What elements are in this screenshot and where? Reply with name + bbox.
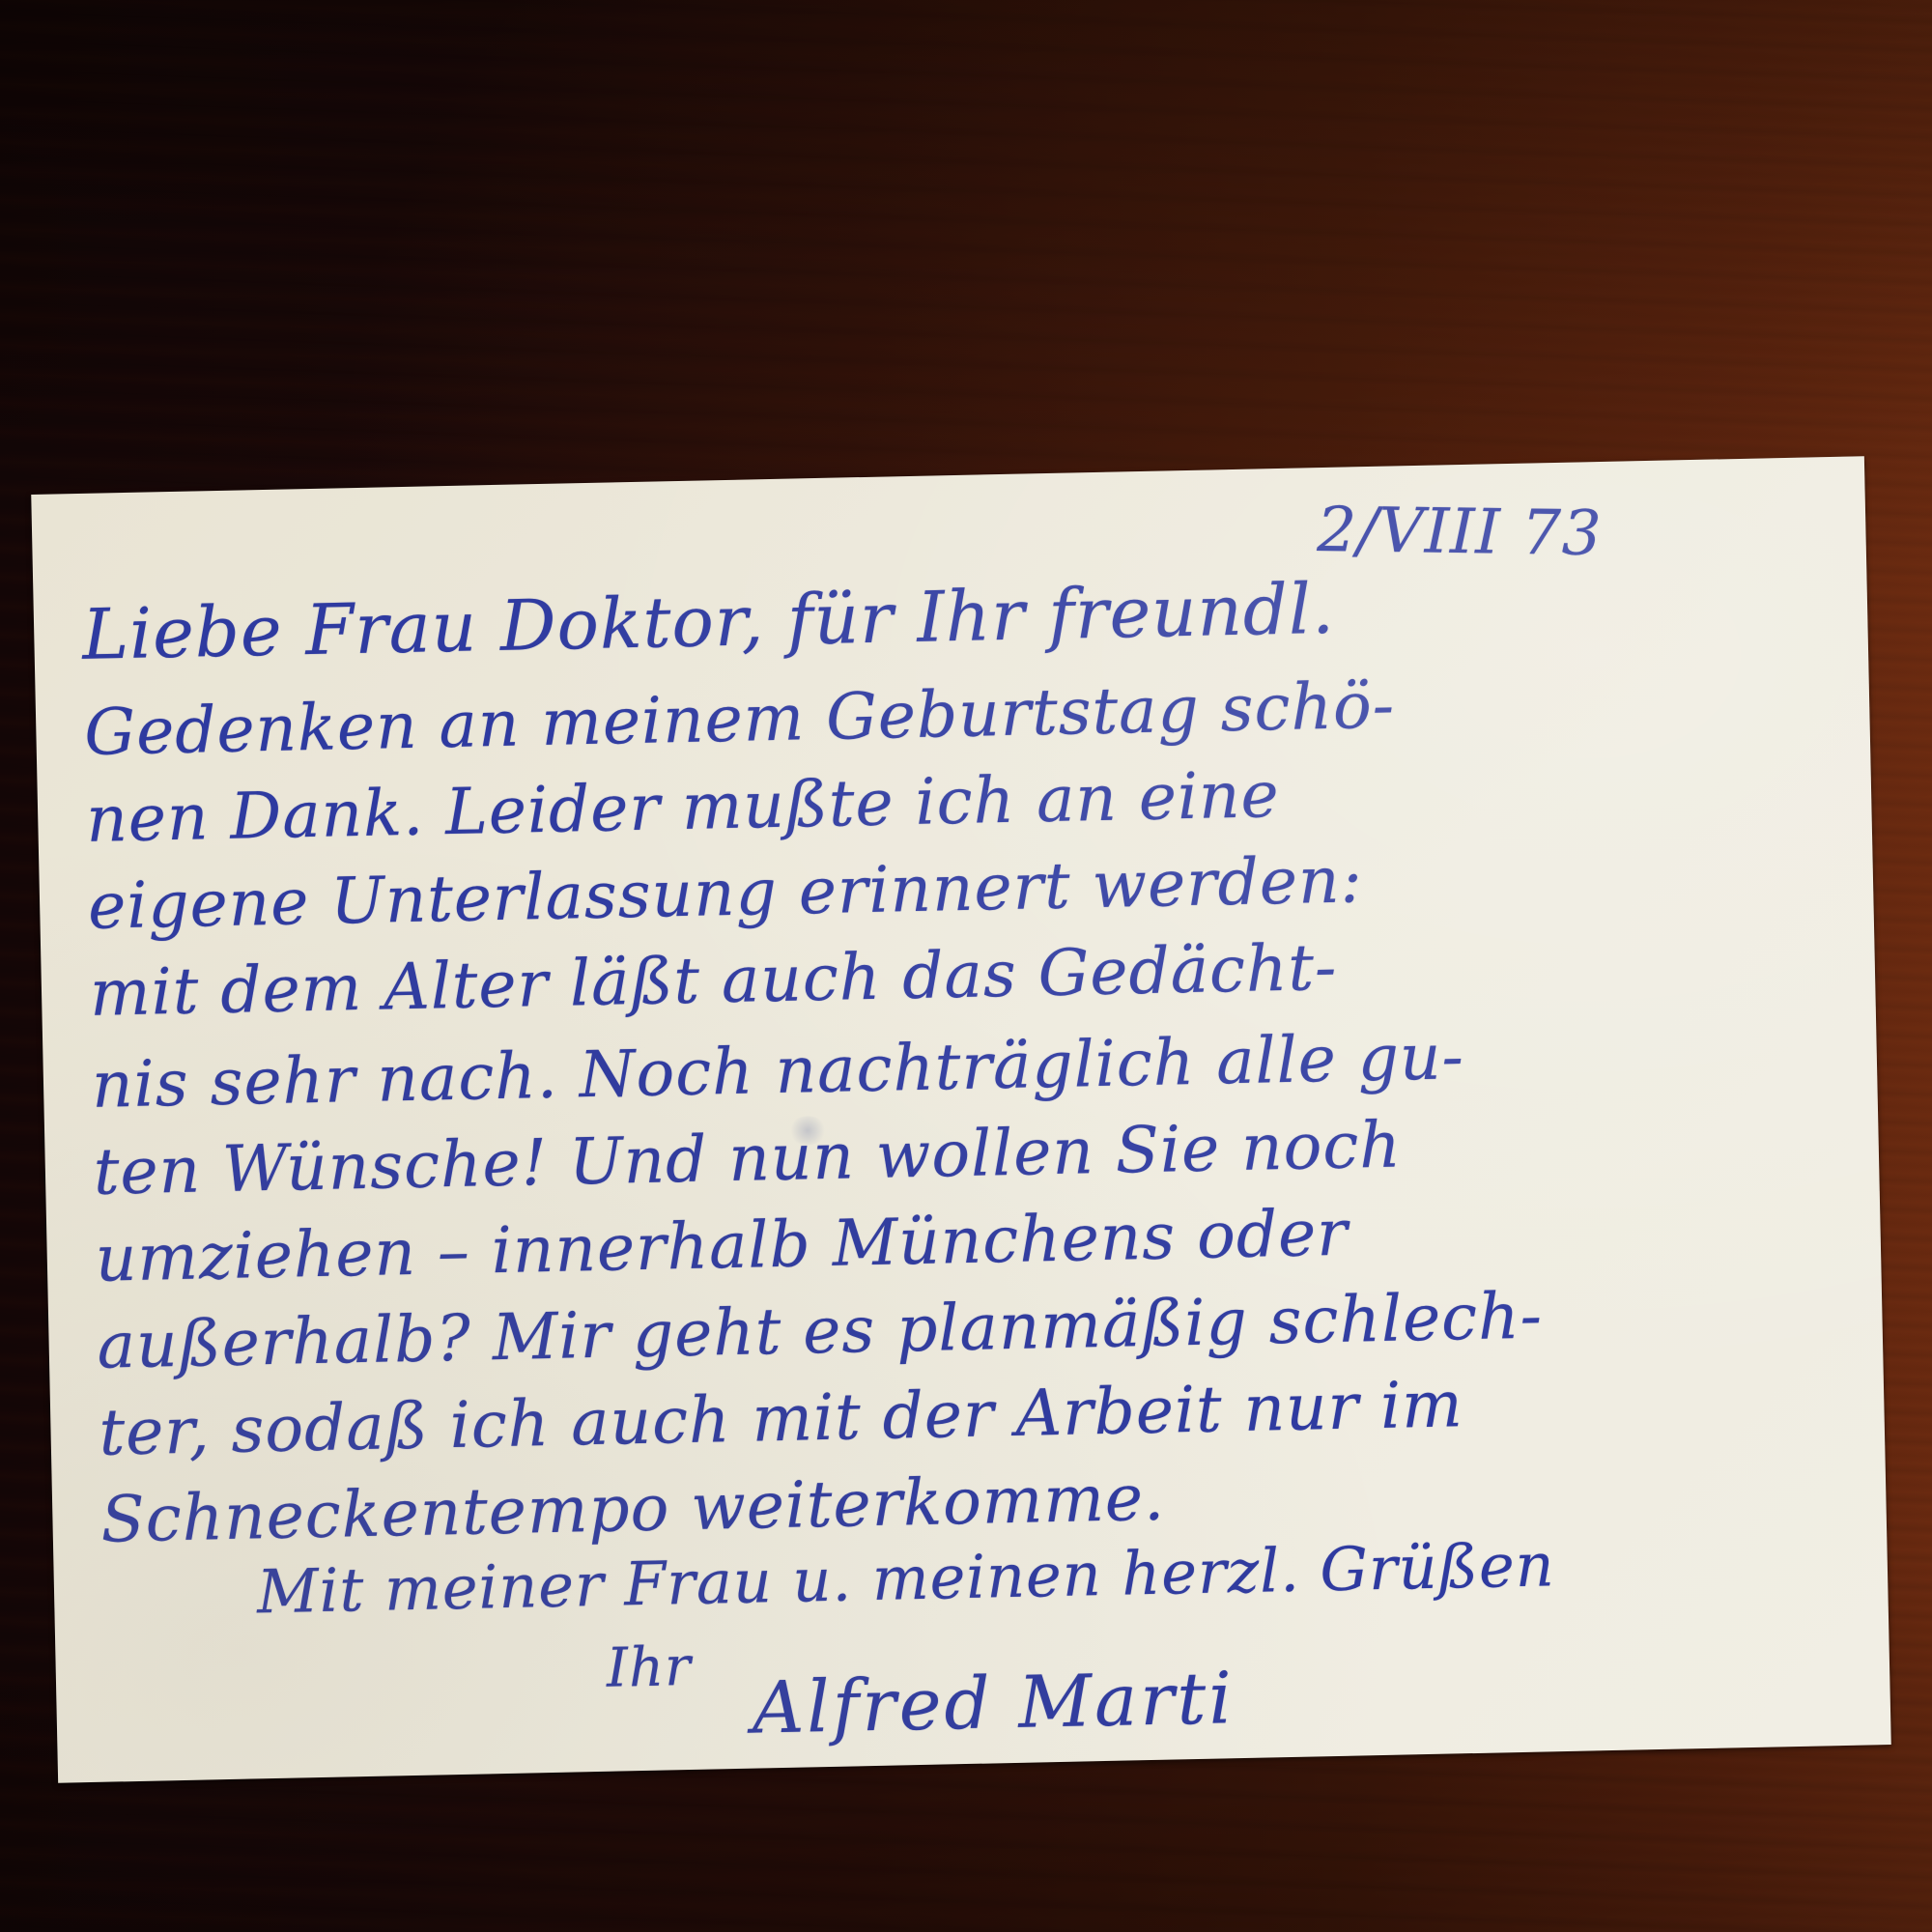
signature: Alfred Marti bbox=[752, 1662, 1236, 1744]
letter-date: 2/VIII 73 bbox=[1317, 499, 1603, 565]
letter-line-5: mit dem Alter läßt auch das Gedächt- bbox=[89, 936, 1338, 1026]
letter-line-1: Liebe Frau Doktor, für Ihr freundl. bbox=[82, 574, 1336, 669]
letter-line-9: außerhalb? Mir geht es planmäßig schlech… bbox=[97, 1284, 1543, 1378]
letter-line-4: eigene Unterlassung erinnert werden: bbox=[88, 848, 1364, 939]
letter-line-2: Gedenken an meinem Geburtstag schö- bbox=[84, 674, 1396, 765]
letter-line-10: ter, sodaß ich auch mit der Arbeit nur i… bbox=[99, 1373, 1463, 1465]
signature-prefix: Ihr bbox=[606, 1640, 692, 1696]
postcard: 2/VIII 73 Liebe Frau Doktor, für Ihr fre… bbox=[31, 456, 1891, 1782]
letter-line-3: nen Dank. Leider mußte ich an eine bbox=[86, 763, 1281, 852]
letter-line-7: ten Wünsche! Und nun wollen Sie noch bbox=[93, 1113, 1402, 1204]
letter-line-11: Schneckentempo weiterkomme. bbox=[100, 1466, 1166, 1552]
letter-line-8: umziehen – innerhalb Münchens oder bbox=[95, 1202, 1349, 1292]
letter-line-6: nis sehr nach. Noch nachträglich alle gu… bbox=[91, 1025, 1464, 1118]
